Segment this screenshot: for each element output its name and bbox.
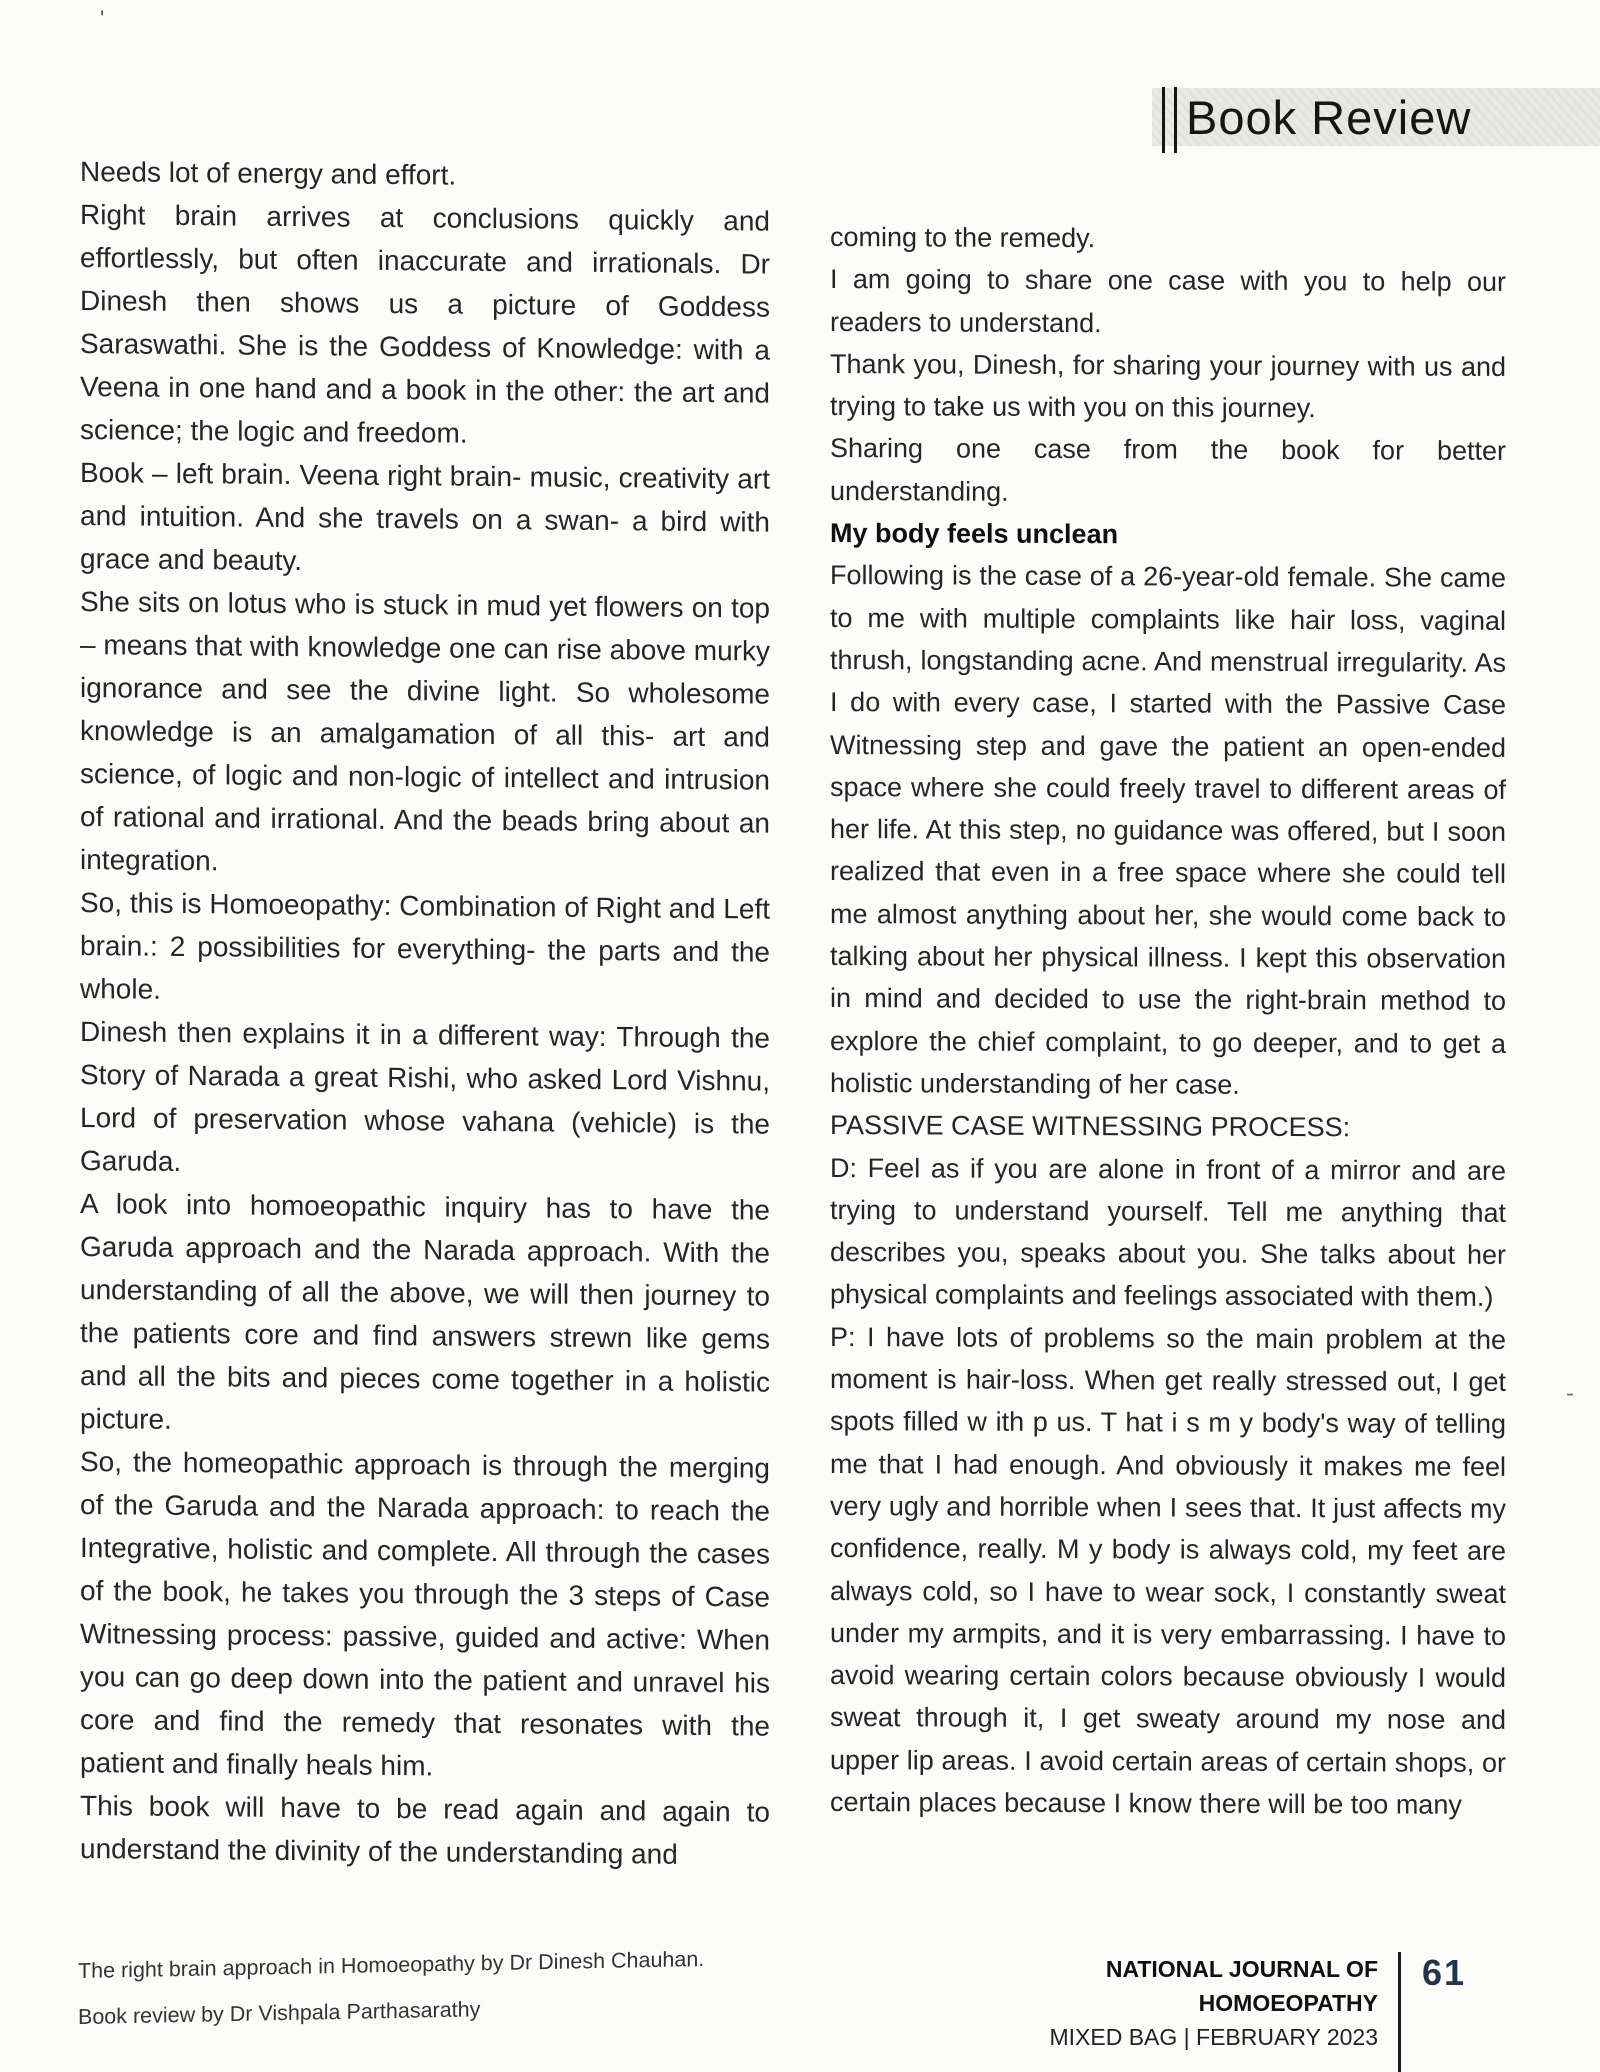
scan-artifact-dash: -: [1566, 1380, 1574, 1408]
paragraph: Following is the case of a 26-year-old f…: [830, 554, 1506, 1107]
paragraph: Right brain arrives at conclusions quick…: [80, 193, 770, 458]
paragraph: P: I have lots of problems so the main p…: [830, 1316, 1506, 1827]
paragraph: coming to the remedy.: [830, 216, 1506, 261]
paragraph: A look into homoeopathic inquiry has to …: [80, 1182, 770, 1447]
paragraph: She sits on lotus who is stuck in mud ye…: [80, 580, 770, 888]
paragraph: Needs lot of energy and effort.: [80, 150, 770, 200]
paragraph: Book – left brain. Veena right brain- mu…: [80, 451, 770, 587]
footer-journal-info: NATIONAL JOURNAL OF HOMOEOPATHY MIXED BA…: [978, 1952, 1378, 2054]
paragraph: Dinesh then explains it in a different w…: [80, 1010, 770, 1189]
right-column: coming to the remedy.I am going to share…: [830, 216, 1506, 1826]
footer-divider: [1398, 1952, 1401, 2072]
paragraph: I am going to share one case with you to…: [830, 258, 1506, 346]
journal-name: NATIONAL JOURNAL OF HOMOEOPATHY: [978, 1952, 1378, 2020]
section-title: Book Review: [1186, 90, 1471, 145]
left-column: Needs lot of energy and effort.Right bra…: [80, 150, 770, 1877]
journal-issue: MIXED BAG | FEBRUARY 2023: [978, 2020, 1378, 2054]
paragraph: So, this is Homoeopathy: Combination of …: [80, 881, 770, 1017]
footer-attribution: The right brain approach in Homoeopathy …: [78, 1935, 738, 2040]
paragraph: This book will have to be read again and…: [80, 1784, 770, 1877]
paragraph: Thank you, Dinesh, for sharing your jour…: [830, 343, 1506, 431]
paragraph: D: Feel as if you are alone in front of …: [830, 1147, 1506, 1319]
paragraph: So, the homeopathic approach is through …: [80, 1440, 770, 1791]
book-review-banner: Book Review: [1152, 88, 1600, 146]
paragraph: Sharing one case from the book for bette…: [830, 427, 1506, 515]
paragraph: PASSIVE CASE WITNESSING PROCESS:: [830, 1104, 1506, 1149]
double-bar-icon: [1162, 87, 1177, 153]
paragraph: My body feels unclean: [830, 512, 1506, 557]
page-number: 61: [1422, 1952, 1466, 1994]
scan-artifact-mark: ': [100, 6, 104, 32]
scanned-journal-page: ' - Book Review Needs lot of energy and …: [0, 0, 1600, 2072]
